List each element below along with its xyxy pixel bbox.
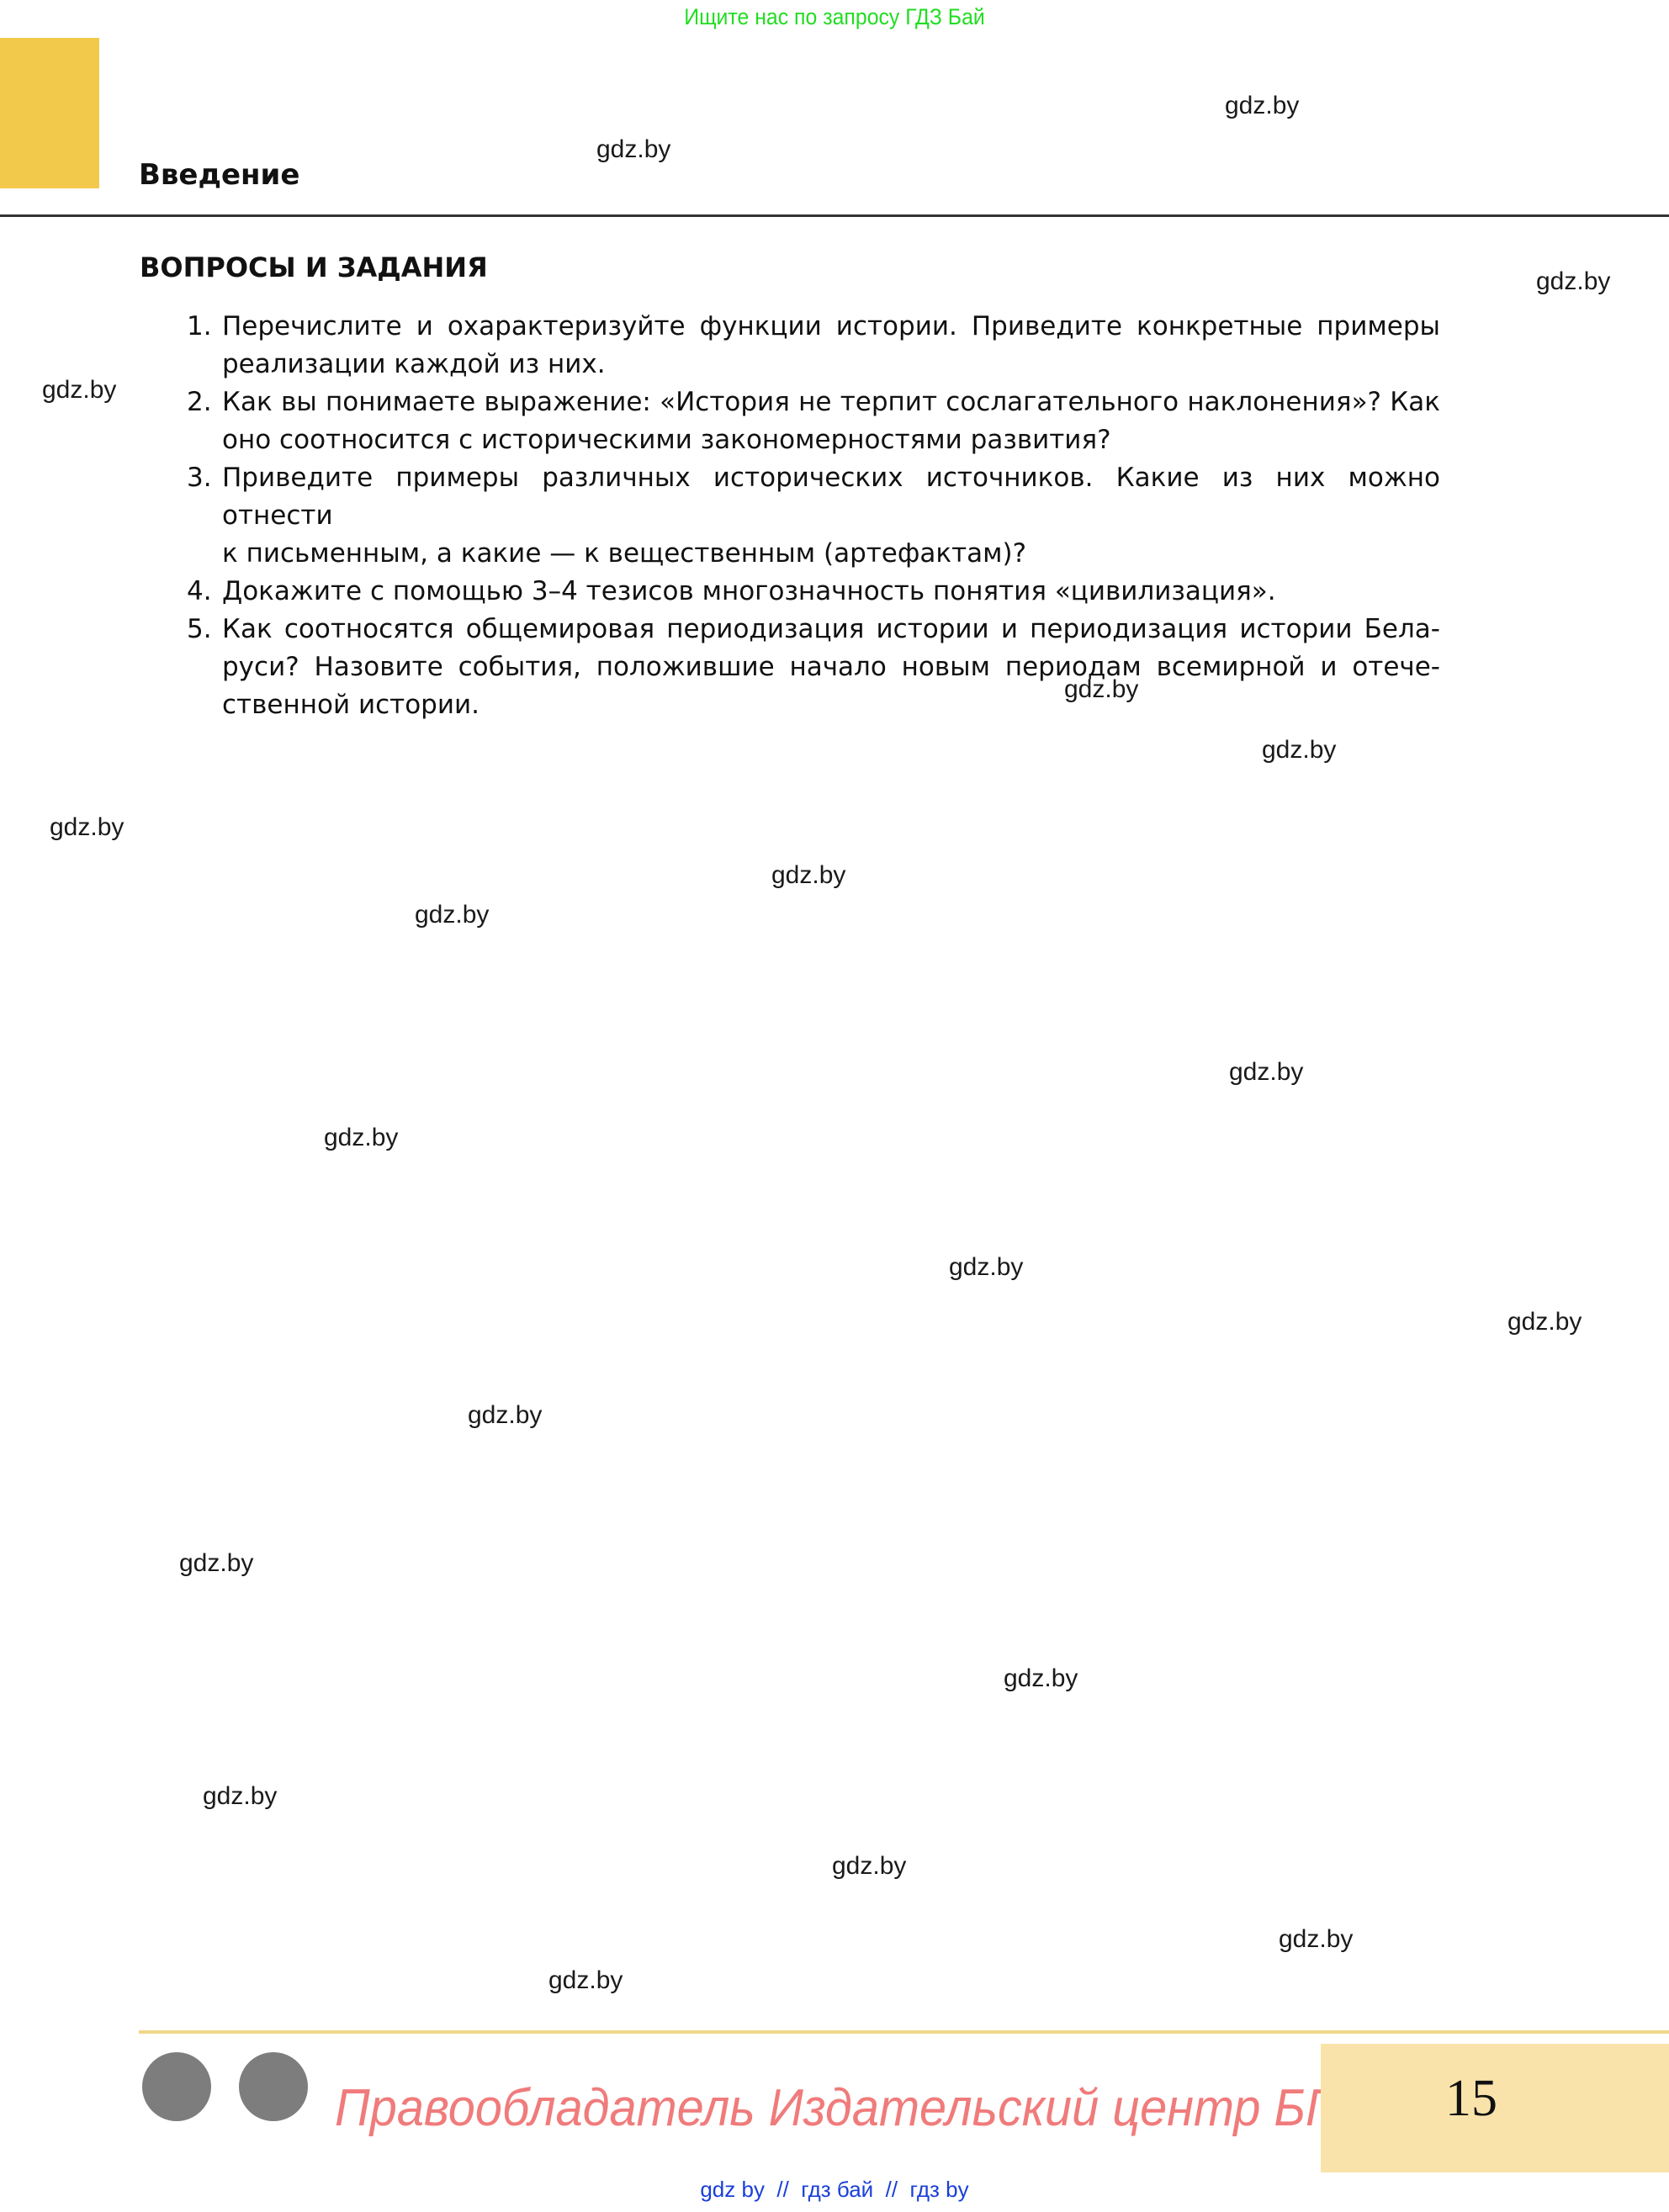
question-number: 5. [187, 611, 212, 648]
question-text-line: реализации каждой из них. [222, 346, 1440, 384]
questions-title: ВОПРОСЫ И ЗАДАНИЯ [140, 249, 488, 286]
question-text-line: Докажите с помощью 3–4 тезисов многознач… [222, 573, 1440, 611]
question-item: 4.Докажите с помощью 3–4 тезисов многозн… [187, 573, 1440, 611]
question-number: 3. [187, 459, 212, 497]
header-divider [0, 214, 1669, 217]
question-text-line: Приведите примеры различных исторических… [222, 459, 1440, 535]
question-text: реализации каждой из них. [222, 346, 1440, 384]
footer-dot-icon [142, 2052, 211, 2121]
question-text-line: Перечислите и охарактеризуйте функции ис… [222, 308, 1440, 346]
watermark-text: gdz.by [1536, 269, 1610, 294]
watermark-text: gdz.by [1004, 1666, 1078, 1691]
question-text: Перечислите и охарактеризуйте функции ис… [222, 308, 1440, 346]
question-text: к письменным, а какие — к вещественным (… [222, 535, 1440, 573]
watermark-text: gdz.by [50, 815, 124, 840]
question-text: Докажите с помощью 3–4 тезисов многознач… [222, 573, 1440, 611]
top-search-banner: Ищите нас по запросу ГДЗ Бай [66, 2, 1602, 32]
watermark-text: gdz.by [949, 1255, 1023, 1280]
footer-dot-icon [239, 2052, 308, 2121]
question-text-line: руси? Назовите события, положившие начал… [222, 648, 1440, 686]
question-text-line: Как вы понимаете выражение: «История не … [222, 384, 1440, 421]
copyright-notice: Правообладатель Издательский центр БГУ [335, 2079, 1363, 2138]
watermark-text: gdz.by [1507, 1310, 1582, 1335]
question-item: 5.Как соотносятся общемировая периодизац… [187, 611, 1440, 724]
watermark-text: gdz.by [415, 902, 489, 928]
questions-list: 1.Перечислите и охарактеризуйте функции … [187, 308, 1440, 724]
watermark-text: gdz.by [1279, 1927, 1353, 1952]
question-item: 1.Перечислите и охарактеризуйте функции … [187, 308, 1440, 384]
question-number: 2. [187, 384, 212, 421]
question-text-line: ственной истории. [222, 686, 1440, 724]
watermark-text: gdz.by [42, 378, 116, 403]
watermark-text: gdz.by [1229, 1060, 1303, 1085]
question-text-line: Как соотносятся общемировая периодизация… [222, 611, 1440, 648]
chapter-color-tab [0, 38, 99, 188]
watermark-text: gdz.by [1064, 677, 1138, 702]
question-text-line: оно соотносится с историческими закономе… [222, 421, 1440, 459]
watermark-text: gdz.by [1225, 93, 1299, 119]
question-number: 4. [187, 573, 212, 611]
question-text: оно соотносится с историческими закономе… [222, 421, 1440, 459]
page-number: 15 [1445, 2069, 1497, 2128]
section-title: Введение [139, 156, 299, 193]
watermark-text: gdz.by [1262, 738, 1336, 763]
bottom-site-links[interactable]: gdz by // гдз бай // гдз by [0, 2175, 1669, 2204]
watermark-text: gdz.by [832, 1854, 906, 1879]
watermark-text: gdz.by [548, 1968, 623, 1993]
question-text: Как соотносятся общемировая периодизация… [222, 611, 1440, 648]
page-number-box: 15 [1321, 2044, 1669, 2172]
question-number: 1. [187, 308, 212, 346]
watermark-text: gdz.by [324, 1125, 398, 1151]
question-text-line: к письменным, а какие — к вещественным (… [222, 535, 1440, 573]
question-text: ственной истории. [222, 686, 1440, 724]
question-text: руси? Назовите события, положившие начал… [222, 648, 1440, 686]
question-item: 3.Приведите примеры различных историческ… [187, 459, 1440, 573]
watermark-text: gdz.by [771, 863, 845, 888]
question-item: 2.Как вы понимаете выражение: «История н… [187, 384, 1440, 459]
watermark-text: gdz.by [203, 1784, 277, 1809]
watermark-text: gdz.by [179, 1551, 253, 1576]
footer-divider [139, 2030, 1669, 2034]
question-text: Приведите примеры различных исторических… [222, 459, 1440, 535]
watermark-text: gdz.by [468, 1403, 542, 1428]
question-text: Как вы понимаете выражение: «История не … [222, 384, 1440, 421]
watermark-text: gdz.by [596, 137, 670, 162]
